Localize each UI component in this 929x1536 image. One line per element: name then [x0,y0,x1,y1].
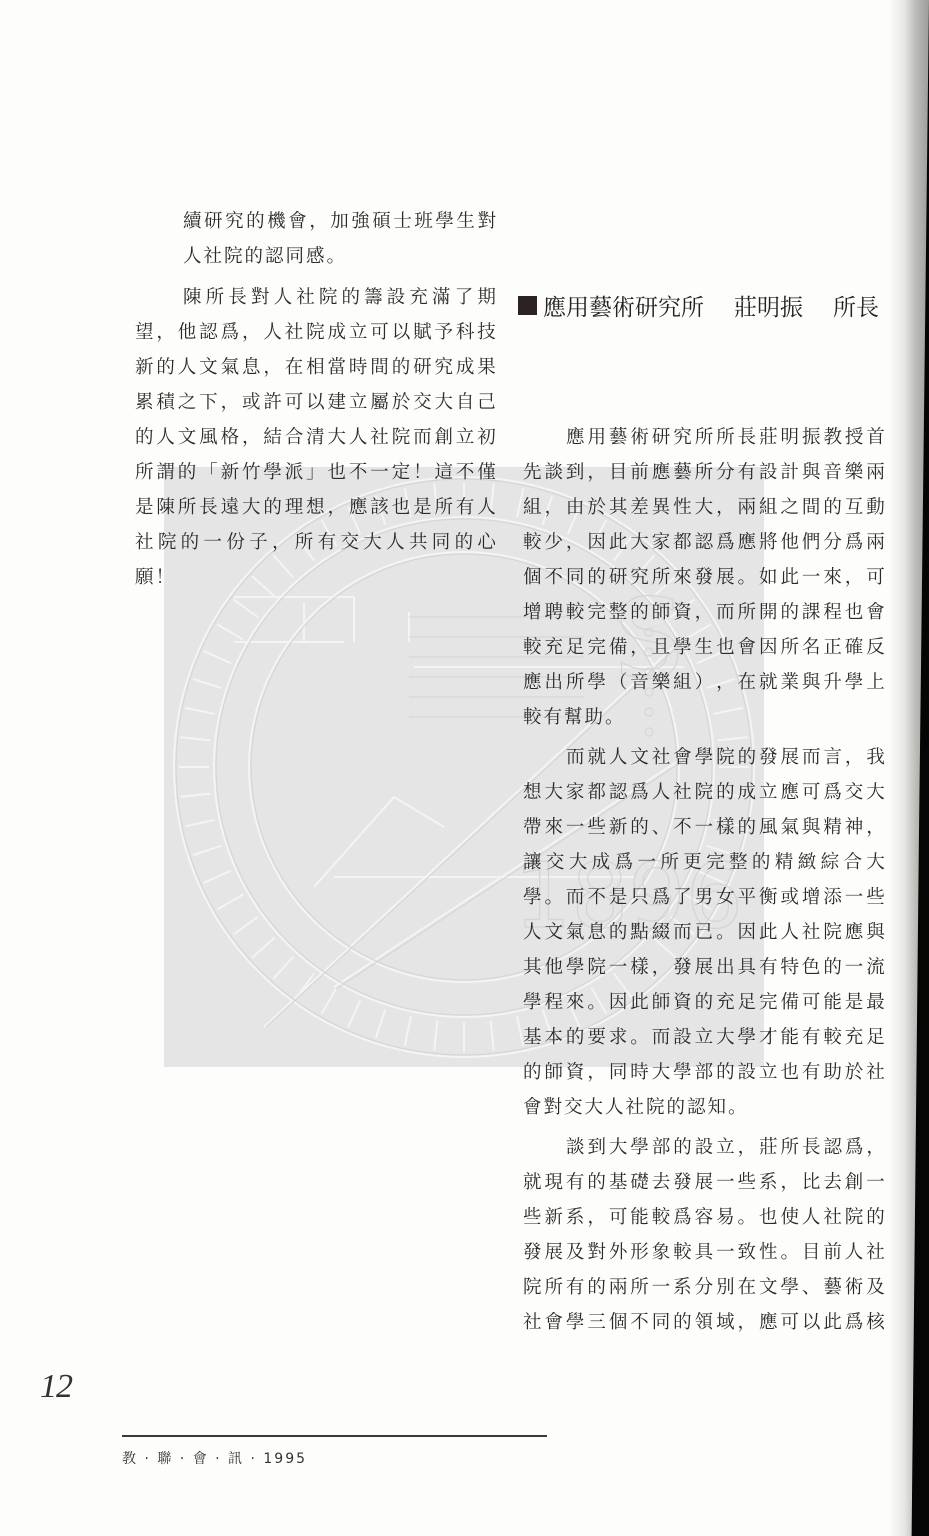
text-line: 基本的要求。而設立大學才能有較充足 [523,1020,885,1055]
page-number: 12 [40,1368,72,1406]
text-line: 其他學院一樣，發展出具有特色的一流 [523,950,885,985]
text-line: 人文氣息的點綴而已。因此人社院應與 [523,915,885,950]
text-line: 較充足完備，且學生也會因所名正確反 [523,630,885,665]
text-line: 續研究的機會，加強碩士班學生對 [183,204,496,239]
text-line: 陳所長對人社院的籌設充滿了期 [183,280,496,315]
text-line: 院所有的兩所一系分別在文學、藝術及 [523,1270,885,1305]
footer-divider [122,1435,547,1437]
text-line: 帶來一些新的、不一樣的風氣與精神， [523,810,885,845]
text-line: 發展及對外形象較具一致性。目前人社 [523,1235,885,1270]
text-line: 願！ [135,560,176,595]
heading-title: 所長 [833,289,879,322]
text-line: 望，他認爲，人社院成立可以賦予科技 [135,315,496,350]
text-line: 些新系，可能較爲容易。也使人社院的 [523,1200,885,1235]
text-line: 會對交大人社院的認知。 [523,1090,749,1125]
text-line: 所謂的「新竹學派」也不一定！這不僅 [135,455,496,490]
text-line: 應用藝術研究所所長莊明振教授首 [566,420,885,455]
text-line: 是陳所長遠大的理想，應該也是所有人 [135,490,496,525]
footer-publication: 教 · 聯 · 會 · 訊 · 1995 [122,1448,307,1468]
text-line: 較有幫助。 [523,700,626,735]
text-line: 人社院的認同感。 [183,239,347,274]
text-line: 增聘較完整的師資，而所開的課程也會 [523,595,885,630]
black-square-icon [518,296,537,315]
text-line: 學。而不是只爲了男女平衡或增添一些 [523,880,885,915]
text-line: 社院的一份子，所有交大人共同的心 [135,525,496,560]
text-line: 想大家都認爲人社院的成立應可爲交大 [523,775,885,810]
text-line: 而就人文社會學院的發展而言，我 [566,740,885,775]
text-line: 學程來。因此師資的充足完備可能是最 [523,985,885,1020]
heading-institute: 應用藝術研究所 [543,289,704,322]
text-line: 新的人文氣息，在相當時間的研究成果 [135,350,496,385]
document-page: 1896 S 續研究的機會，加強碩士班學生對人社院的認同感。陳所長對人社院的籌設… [0,0,929,1536]
section-heading: 應用藝術研究所 莊明振 所長 [518,289,879,322]
text-line: 的師資，同時大學部的設立也有助於社 [523,1055,885,1090]
text-line: 談到大學部的設立，莊所長認爲， [566,1130,885,1165]
text-line: 較少，因此大家都認爲應將他們分爲兩 [523,525,885,560]
text-line: 就現有的基礎去發展一些系，比去創一 [523,1165,885,1200]
text-line: 個不同的研究所來發展。如此一來，可 [523,560,885,595]
text-line: 讓交大成爲一所更完整的精緻綜合大 [523,845,885,880]
text-line: 的人文風格，結合清大人社院而創立初 [135,420,496,455]
text-line: 社會學三個不同的領域，應可以此爲核 [523,1305,885,1340]
text-line: 應出所學（音樂組），在就業與升學上 [523,665,885,700]
text-line: 組，由於其差異性大，兩組之間的互動 [523,490,885,525]
text-line: 累積之下，或許可以建立屬於交大自己 [135,385,496,420]
text-line: 先談到，目前應藝所分有設計與音樂兩 [523,455,885,490]
heading-name: 莊明振 [734,289,803,322]
